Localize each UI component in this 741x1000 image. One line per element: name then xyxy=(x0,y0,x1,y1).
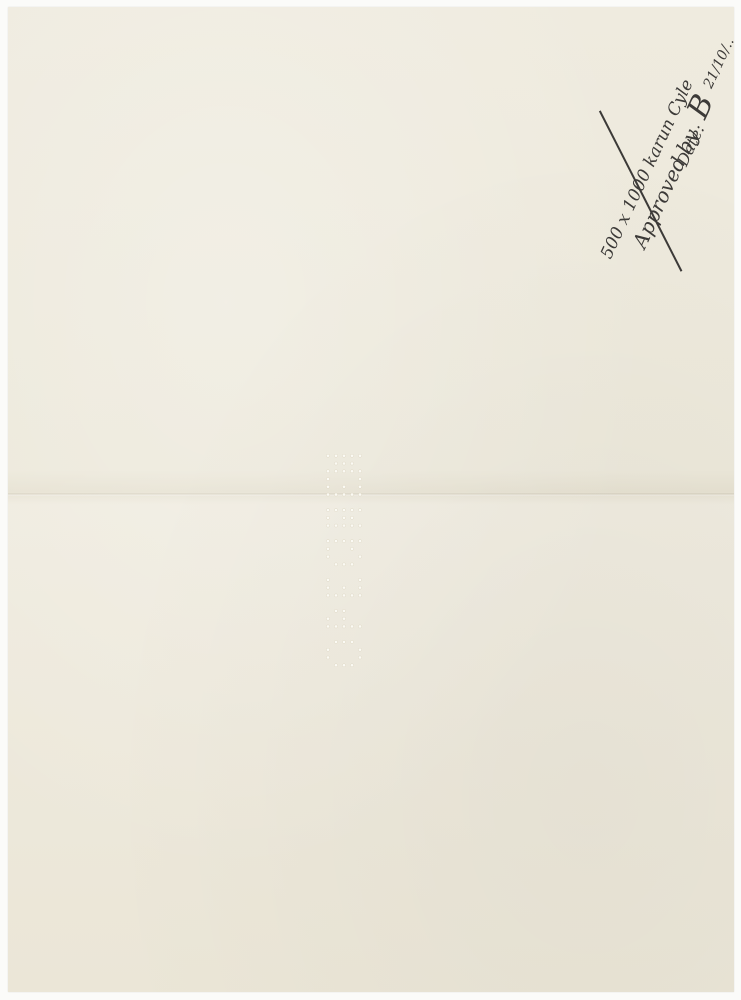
fold-crease xyxy=(8,493,734,496)
paper-sheet xyxy=(8,7,734,992)
perforated-stamp xyxy=(322,448,368,673)
